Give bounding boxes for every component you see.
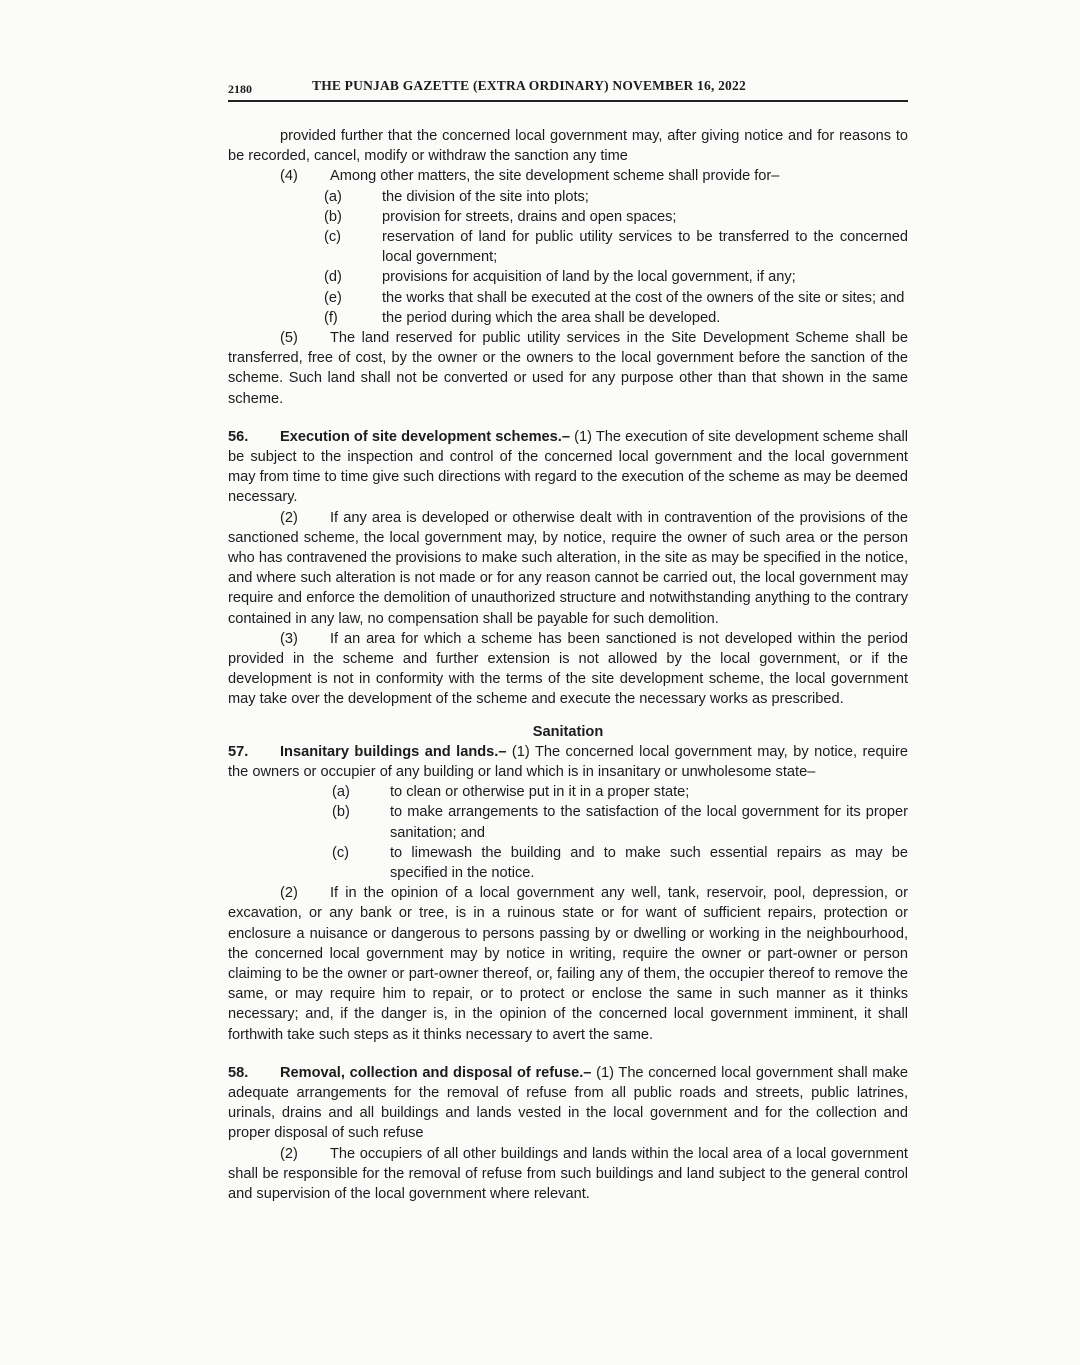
list-item: (e)the works that shall be executed at t…	[324, 288, 908, 308]
section-number: 57.	[228, 742, 280, 762]
page-number: 2180	[228, 82, 252, 97]
gazette-page: 2180 THE PUNJAB GAZETTE (EXTRA ORDINARY)…	[228, 78, 908, 1204]
subsection-4: (4)Among other matters, the site develop…	[228, 166, 908, 186]
list-item: (c)to limewash the building and to make …	[332, 843, 908, 883]
list-item: (c)reservation of land for public utilit…	[324, 227, 908, 267]
subsection-text: Among other matters, the site developmen…	[330, 168, 779, 184]
subsection-number: (5)	[280, 328, 330, 348]
list-item: (d)provisions for acquisition of land by…	[324, 267, 908, 287]
list-item: (b)to make arrangements to the satisfact…	[332, 802, 908, 842]
section-57-list: (a)to clean or otherwise put in it in a …	[228, 782, 908, 883]
subsection-4-list: (a)the division of the site into plots; …	[228, 187, 908, 328]
section-number: 58.	[228, 1063, 280, 1083]
section-56-subsection-2: (2)If any area is developed or otherwise…	[228, 508, 908, 629]
proviso-paragraph: provided further that the concerned loca…	[228, 126, 908, 166]
subsection-5: (5)The land reserved for public utility …	[228, 328, 908, 409]
section-title: Insanitary buildings and lands.–	[280, 744, 506, 760]
section-58-subsection-2: (2)The occupiers of all other buildings …	[228, 1144, 908, 1205]
heading-sanitation: Sanitation	[228, 722, 908, 742]
section-number: 56.	[228, 427, 280, 447]
section-title: Removal, collection and disposal of refu…	[280, 1065, 591, 1081]
list-item: (a)to clean or otherwise put in it in a …	[332, 782, 908, 802]
section-title: Execution of site development schemes.–	[280, 429, 570, 445]
section-58: 58.Removal, collection and disposal of r…	[228, 1063, 908, 1144]
section-56: 56.Execution of site development schemes…	[228, 427, 908, 508]
subsection-number: (4)	[280, 166, 330, 186]
list-item: (b)provision for streets, drains and ope…	[324, 207, 908, 227]
page-header: 2180 THE PUNJAB GAZETTE (EXTRA ORDINARY)…	[228, 78, 908, 102]
section-56-subsection-3: (3)If an area for which a scheme has bee…	[228, 629, 908, 710]
list-item: (a)the division of the site into plots;	[324, 187, 908, 207]
section-57: 57.Insanitary buildings and lands.– (1) …	[228, 742, 908, 782]
gazette-title: THE PUNJAB GAZETTE (EXTRA ORDINARY) NOVE…	[312, 78, 746, 94]
list-item: (f)the period during which the area shal…	[324, 308, 908, 328]
section-57-subsection-2: (2)If in the opinion of a local governme…	[228, 883, 908, 1045]
